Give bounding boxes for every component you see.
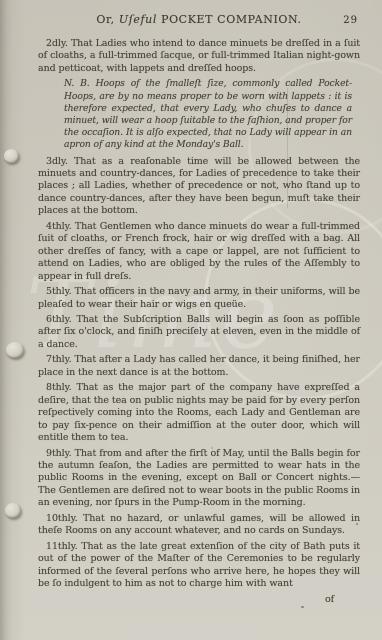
book-page: Time Or, Uſeful POCKET COMPANION. 29 2dl… bbox=[0, 0, 382, 640]
paragraph-7thly: 7thly. That after a Lady has called her … bbox=[38, 354, 360, 379]
paragraph-6thly: 6thly. That the Subſcription Balls will … bbox=[38, 314, 360, 351]
binding-bump bbox=[4, 149, 19, 163]
header-italic-word: Uſeful bbox=[119, 13, 157, 26]
paragraph-8thly: 8thly. That as the major part of the com… bbox=[38, 382, 360, 444]
header-caps: POCKET COMPANION. bbox=[157, 13, 302, 26]
binding-bump bbox=[6, 342, 24, 358]
paragraph-nb: N. B. Hoops of the ſmalleſt ſize, common… bbox=[64, 78, 352, 151]
paragraph-5thly: 5thly. That officers in the navy and arm… bbox=[38, 286, 360, 311]
page-number: 29 bbox=[343, 14, 358, 28]
paragraph-4thly: 4thly. That Gentlemen who dance minuets … bbox=[38, 221, 360, 283]
paragraph-11thly: 11thly. That as the late great extenſion… bbox=[38, 541, 360, 591]
header-prefix: Or, bbox=[96, 13, 118, 26]
paragraph-2dly: 2dly. That Ladies who intend to dance mi… bbox=[38, 38, 360, 75]
paragraph-9thly: 9thly. That from and after the firſt of … bbox=[38, 448, 360, 510]
paper-speck bbox=[301, 606, 304, 608]
paragraph-3dly: 3dly. That as a reaſonable time will be … bbox=[38, 156, 360, 218]
binding-bump bbox=[5, 503, 21, 518]
catchword: of bbox=[38, 594, 360, 606]
text-column: Or, Uſeful POCKET COMPANION. 29 2dly. Th… bbox=[38, 13, 360, 606]
running-header: Or, Uſeful POCKET COMPANION. 29 bbox=[38, 13, 360, 27]
paragraph-10thly: 10thly. That no hazard, or unlawful game… bbox=[38, 513, 360, 538]
binding-gutter-shadow bbox=[0, 0, 26, 640]
